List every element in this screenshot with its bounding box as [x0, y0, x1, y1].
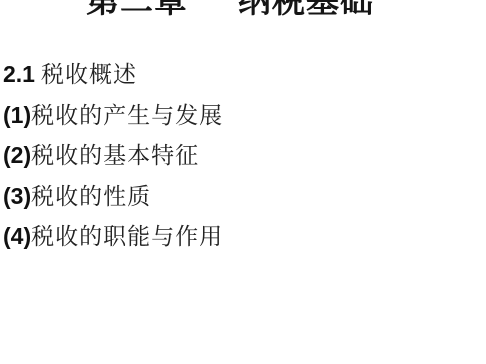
item-number: (1) [3, 102, 31, 128]
section-text: 税收概述 [41, 62, 137, 88]
section-number: 2.1 [3, 61, 35, 87]
item-text: 税收的职能与作用 [31, 224, 223, 250]
slide: 第二章 纳税基础 2.1税收概述 (1)税收的产生与发展 (2)税收的基本特征 … [0, 0, 486, 364]
section-heading: 2.1税收概述 [3, 60, 223, 101]
item-text: 税收的性质 [31, 184, 151, 210]
outline-list: 2.1税收概述 (1)税收的产生与发展 (2)税收的基本特征 (3)税收的性质 … [3, 60, 223, 263]
item-text: 税收的基本特征 [31, 143, 199, 169]
slide-title: 第二章 纳税基础 [86, 0, 406, 19]
list-item: (4)税收的职能与作用 [3, 222, 223, 263]
list-item: (2)税收的基本特征 [3, 141, 223, 182]
item-number: (2) [3, 142, 31, 168]
item-text: 税收的产生与发展 [31, 103, 223, 129]
item-number: (4) [3, 223, 31, 249]
list-item: (1)税收的产生与发展 [3, 101, 223, 142]
item-number: (3) [3, 183, 31, 209]
list-item: (3)税收的性质 [3, 182, 223, 223]
